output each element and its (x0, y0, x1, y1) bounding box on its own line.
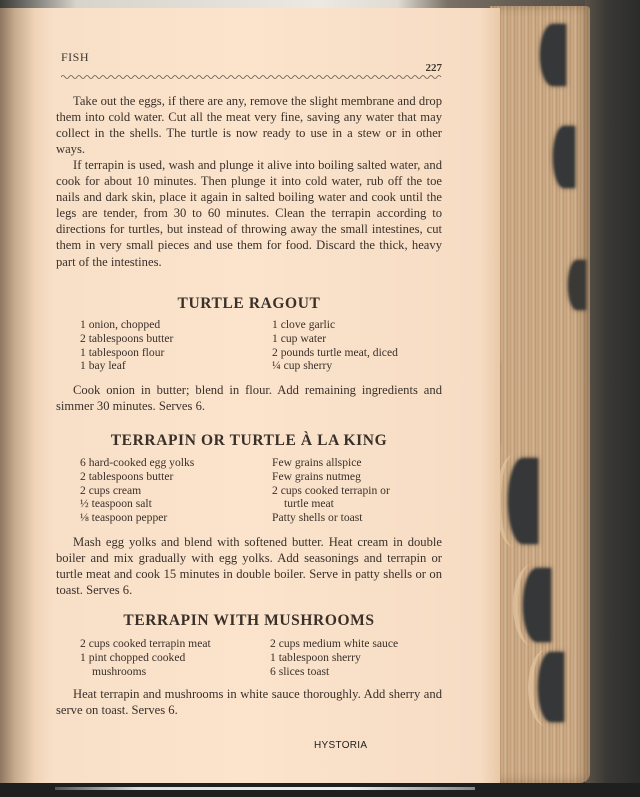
intro-paragraph-2: If terrapin is used, wash and plunge it … (56, 157, 442, 270)
thumb-tab-5[interactable] (508, 458, 538, 544)
ingredients-right: Few grains allspice Few grains nutmeg 2 … (272, 456, 390, 525)
ingredient: 1 bay leaf (80, 359, 173, 373)
ingredient: Few grains allspice (272, 456, 390, 470)
recipe-directions: Heat terrapin and mushrooms in white sau… (56, 686, 442, 718)
ingredient: ⅛ teaspoon pepper (80, 511, 194, 525)
ingredient: 1 tablespoon flour (80, 346, 173, 360)
ingredients-right: 2 cups medium white sauce 1 tablespoon s… (270, 637, 398, 678)
ingredients-left: 2 cups cooked terrapin meat 1 pint chopp… (80, 637, 211, 678)
ingredient: Patty shells or toast (272, 511, 390, 525)
ingredients-left: 1 onion, chopped 2 tablespoons butter 1 … (80, 318, 173, 373)
intro-paragraph-1: Take out the eggs, if there are any, rem… (56, 93, 442, 157)
ingredient: ¼ cup sherry (272, 359, 398, 373)
ingredient: 1 pint chopped cooked (80, 651, 211, 665)
thumb-tab-6[interactable] (523, 568, 551, 642)
page-number: 227 (426, 62, 443, 74)
watermark: HYSTORIA (314, 740, 367, 751)
recipe-title-a-la-king: TERRAPIN OR TURTLE À LA KING (56, 432, 442, 450)
ingredient: 2 tablespoons butter (80, 332, 173, 346)
ingredient: 1 clove garlic (272, 318, 398, 332)
ingredients-left: 6 hard-cooked egg yolks 2 tablespoons bu… (80, 456, 194, 525)
wavy-rule (61, 74, 442, 80)
thumb-tab-1[interactable] (540, 24, 566, 86)
ingredient: 1 onion, chopped (80, 318, 173, 332)
ingredient: 2 pounds turtle meat, diced (272, 346, 398, 360)
scan-background-shadow (585, 0, 640, 797)
ingredient: 2 cups cooked terrapin meat (80, 637, 211, 651)
ingredients-right: 1 clove garlic 1 cup water 2 pounds turt… (272, 318, 398, 373)
ingredient: turtle meat (272, 497, 390, 511)
recipe-title-terrapin-mushrooms: TERRAPIN WITH MUSHROOMS (56, 612, 442, 630)
thumb-tab-7[interactable] (538, 652, 564, 722)
recipe-directions: Cook onion in butter; blend in flour. Ad… (56, 382, 442, 414)
ingredient: 6 hard-cooked egg yolks (80, 456, 194, 470)
ingredient: mushrooms (80, 665, 211, 679)
ingredient: 1 tablespoon sherry (270, 651, 398, 665)
ingredient: 2 cups cream (80, 484, 194, 498)
ingredient: 2 tablespoons butter (80, 470, 194, 484)
ingredient: 2 cups medium white sauce (270, 637, 398, 651)
recipe-directions: Mash egg yolks and blend with softened b… (56, 534, 442, 598)
section-title: FISH (61, 50, 89, 65)
ingredient: 1 cup water (272, 332, 398, 346)
ingredient: Few grains nutmeg (272, 470, 390, 484)
scan-bottom-edge (0, 783, 640, 797)
ingredient: 2 cups cooked terrapin or (272, 484, 390, 498)
ingredient: ½ teaspoon salt (80, 497, 194, 511)
thumb-tab-3[interactable] (568, 260, 586, 310)
ingredient: 6 slices toast (270, 665, 398, 679)
recipe-title-turtle-ragout: TURTLE RAGOUT (56, 295, 442, 313)
running-head: FISH 227 (61, 50, 442, 80)
thumb-tab-2[interactable] (553, 126, 575, 188)
